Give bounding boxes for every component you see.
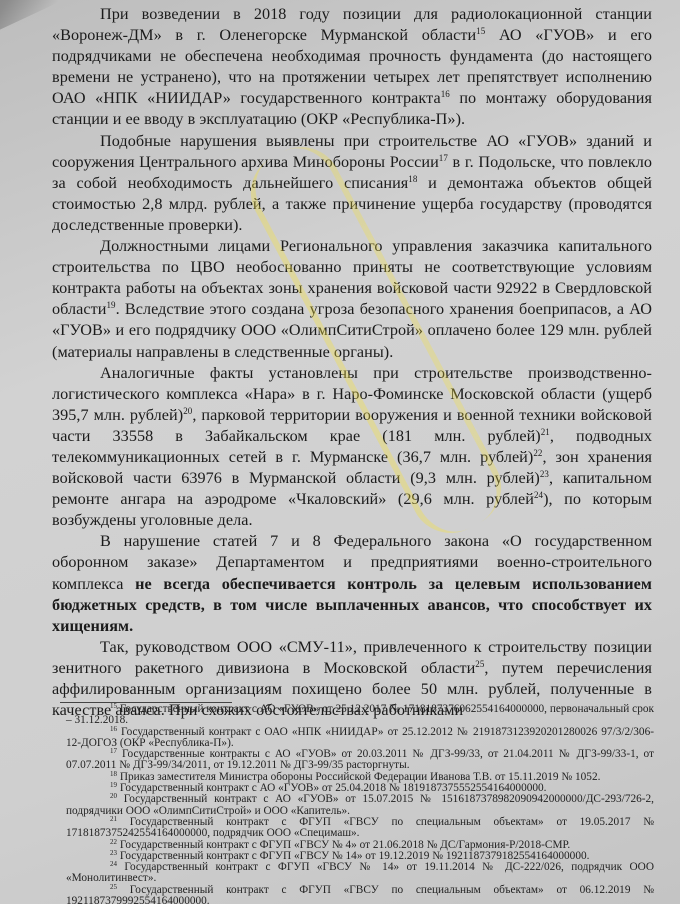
footnote-ref: 24 [534,490,543,500]
footnote-number: 16 [110,725,117,733]
footnote-number: 19 [110,781,117,789]
footnote-ref: 17 [439,153,448,163]
footnote-number: 17 [110,747,117,755]
footnote-text: Государственный контракт с АО «ГУОВ» от … [66,703,654,726]
footnote-text: Государственные контракты с АО «ГУОВ» от… [66,748,654,771]
paragraph: В нарушение статей 7 и 8 Федерального за… [52,531,652,636]
footnote-text: Государственный контракт с ОАО «НПК «НИИ… [66,726,654,749]
footnote-number: 23 [110,849,117,857]
footnote-ref: 23 [540,469,549,479]
body-text: При возведении в 2018 году позиции для р… [52,4,652,721]
footnote-ref: 19 [106,300,115,310]
footnote: 24 Государственный контракт с ФГУП «ГВСУ… [66,862,654,885]
document-page: При возведении в 2018 году позиции для р… [52,4,652,721]
footnote: 16 Государственный контракт с ОАО «НПК «… [66,727,654,750]
footnote-number: 20 [110,792,117,800]
footnote-text: Приказ заместителя Министра обороны Росс… [117,771,600,783]
footnote-text: Государственный контракт с АО «ГУОВ» от … [66,793,654,816]
footnote: 17 Государственные контракты с АО «ГУОВ»… [66,749,654,772]
paragraph: Должностными лицами Регионального управл… [52,236,652,363]
footnote-ref: 20 [183,406,192,416]
text-run: . Вследствие этого создана угроза безопа… [52,300,652,360]
footnote-text: Государственный контракт с ФГУП «ГВСУ № … [66,861,654,884]
footnote: 20 Государственный контракт с АО «ГУОВ» … [66,794,654,817]
paragraph: Аналогичные факты установлены при строит… [52,363,652,532]
footnote-ref: 21 [541,427,550,437]
footnote-ref: 15 [476,26,485,36]
footnote-number: 24 [110,860,117,868]
footnote: 25 Государственный контракт с ФГУП «ГВСУ… [66,885,654,904]
footnote-text: Государственный контракт с ФГУП «ГВСУ по… [66,884,654,904]
footnotes: 15 Государственный контракт с АО «ГУОВ» … [66,704,654,904]
footnote-number: 18 [110,770,117,778]
footnote-ref: 16 [441,89,450,99]
footnote-text: Государственный контракт с ФГУП «ГВСУ № … [117,839,570,851]
footnote: 15 Государственный контракт с АО «ГУОВ» … [66,704,654,727]
paragraph: Подобные нарушения выявлены при строител… [52,131,652,236]
bold-text: не всегда обеспечивается контроль за цел… [52,575,652,635]
footnote-number: 21 [110,815,117,823]
footnote: 21 Государственный контракт с ФГУП «ГВСУ… [66,817,654,840]
footnote-number: 22 [110,838,117,846]
paragraph: При возведении в 2018 году позиции для р… [52,4,652,131]
footnote-number: 25 [110,883,117,891]
footnote-number: 15 [110,702,117,710]
footnote-text: Государственный контракт с ФГУП «ГВСУ по… [66,816,654,839]
